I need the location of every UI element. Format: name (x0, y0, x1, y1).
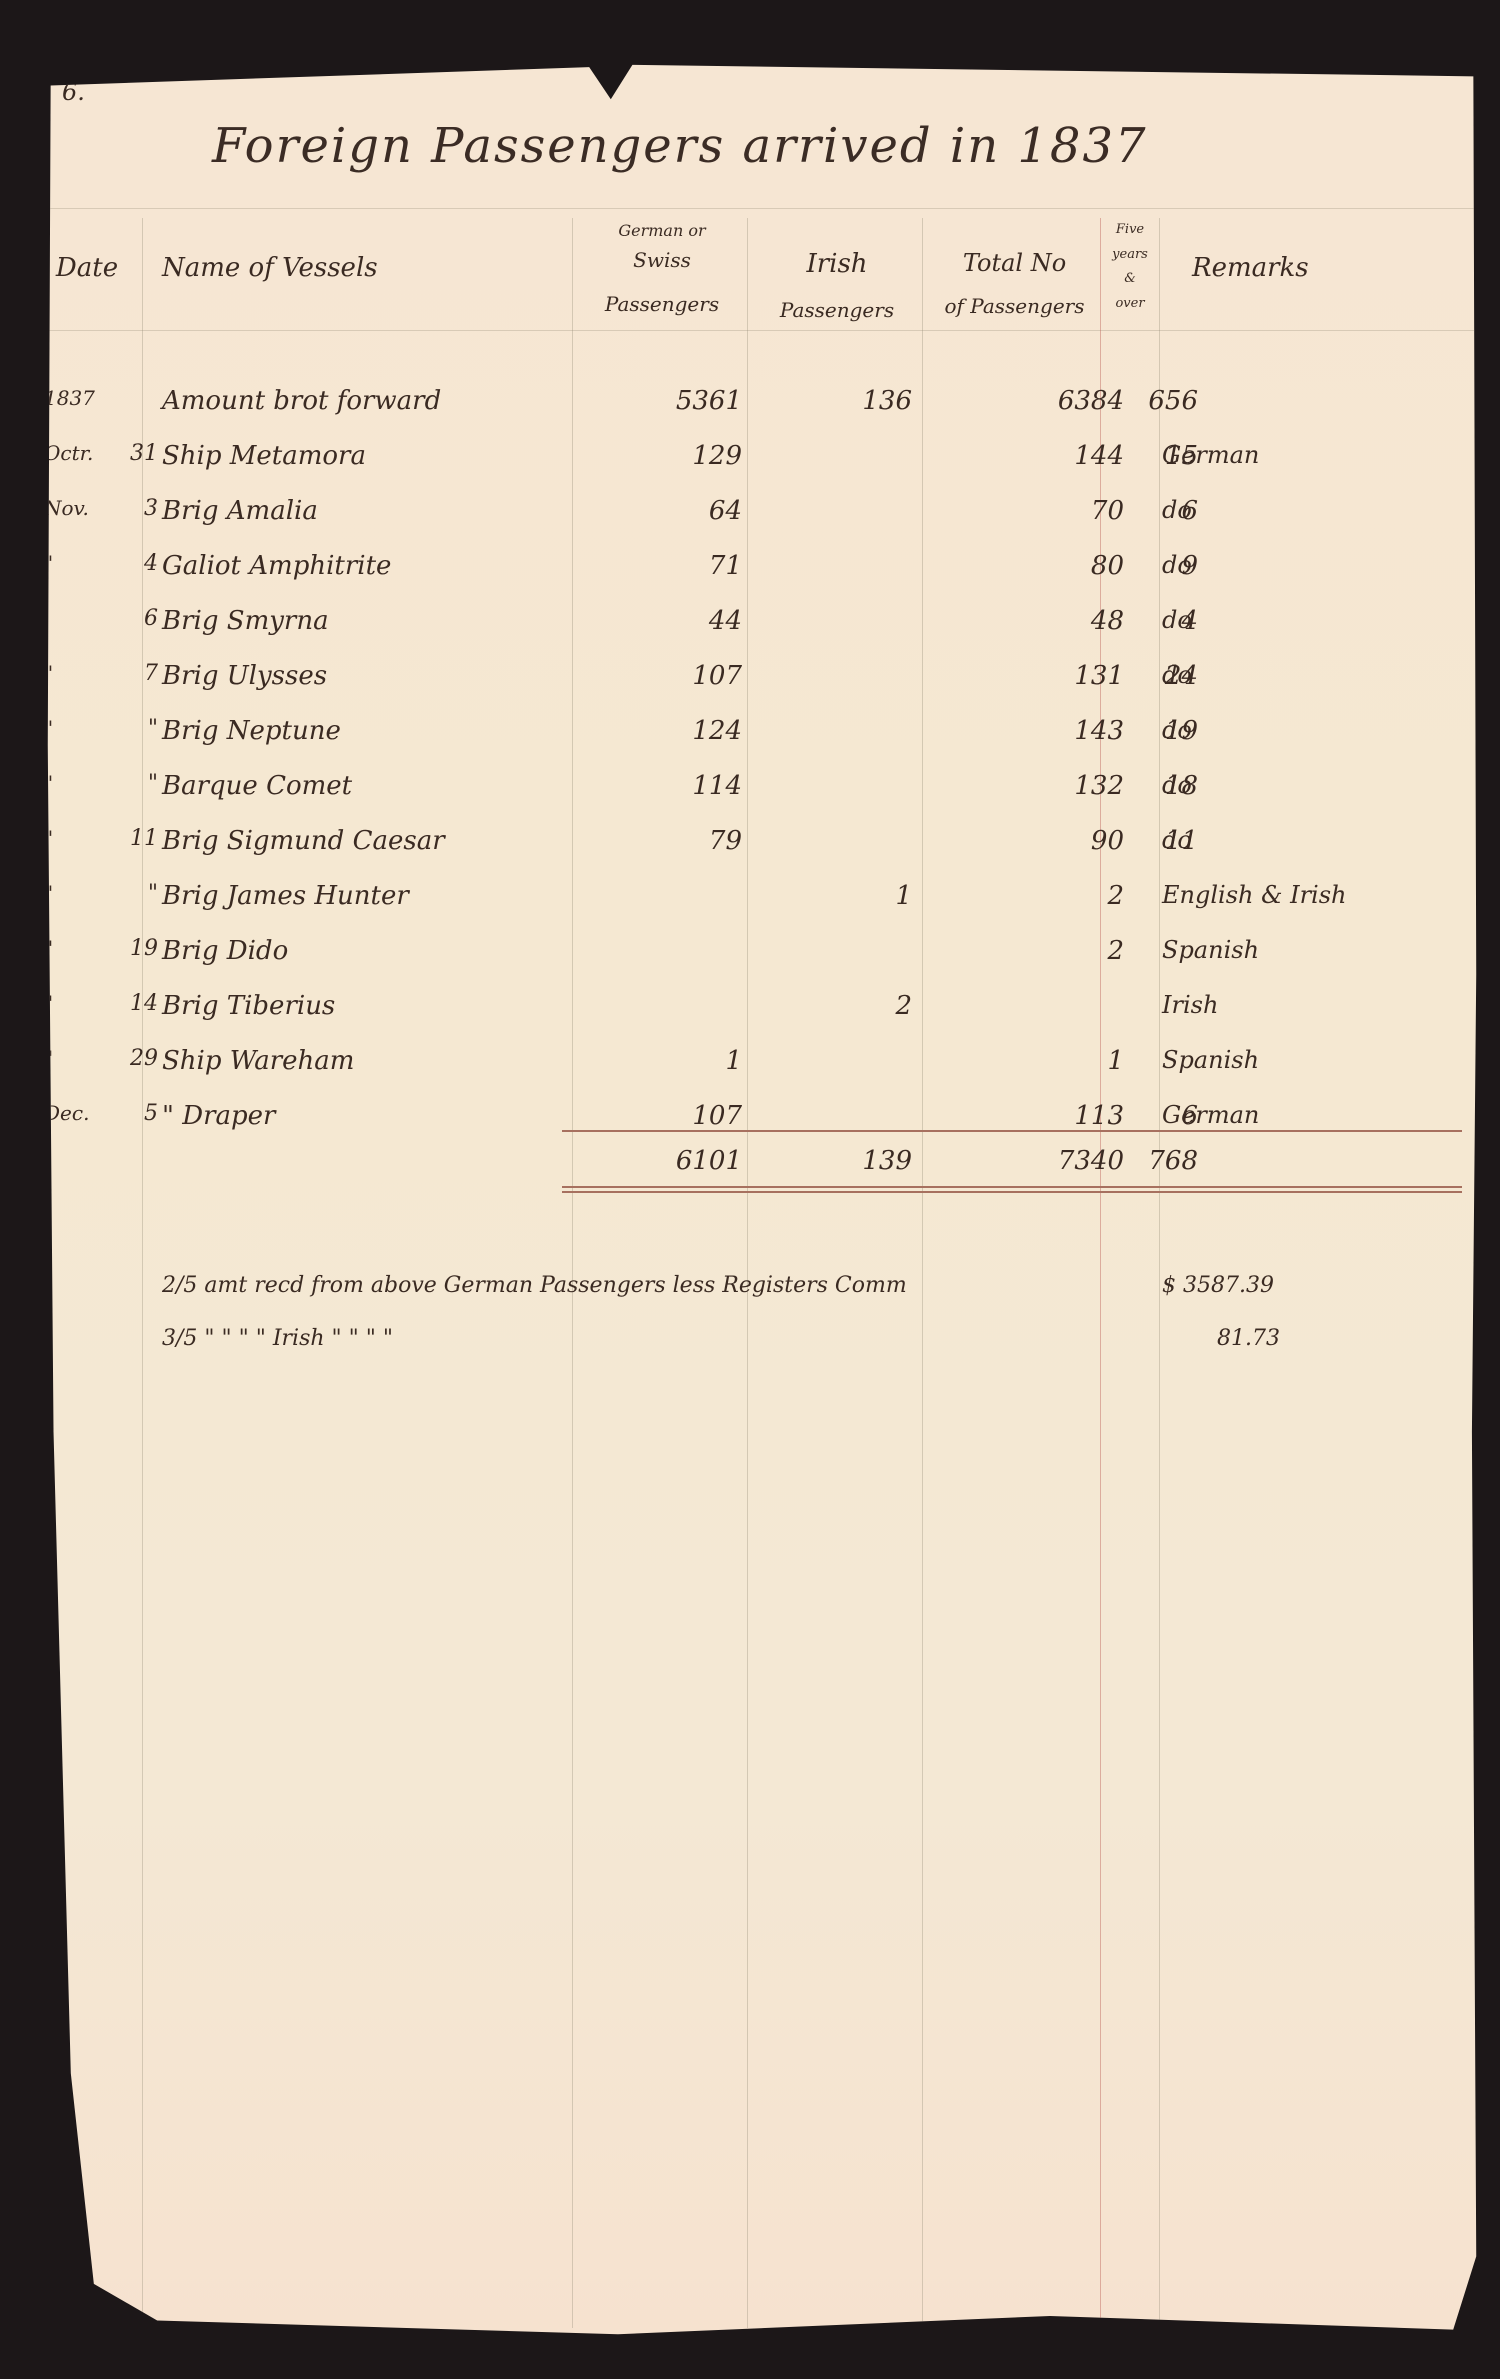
row-remark: do (1162, 716, 1192, 744)
table-row: Octr.31Ship Metamora12914415German (42, 435, 1482, 485)
row-vessel: Brig Dido (162, 936, 288, 966)
note-amount: 81.73 (1217, 1326, 1280, 1351)
row-total: 1 (942, 1046, 1124, 1076)
row-remark: do (1162, 496, 1192, 524)
row-day: 7 (118, 661, 158, 686)
row-remark: do (1162, 551, 1192, 579)
row-month: " (44, 661, 53, 685)
row-month: " (44, 771, 53, 795)
row-total: 143 (942, 716, 1124, 746)
row-german: 124 (582, 716, 742, 746)
row-remark: do (1162, 606, 1192, 634)
row-vessel: Brig Smyrna (162, 606, 329, 636)
table-row: 1837Amount brot forward53611366384656 (42, 380, 1482, 430)
row-vessel: Brig Ulysses (162, 661, 327, 691)
header-total-line: Total No (927, 244, 1102, 282)
row-total: 80 (942, 551, 1124, 581)
table-row: "14Brig Tiberius2Irish (42, 985, 1482, 1035)
row-month: Nov. (44, 496, 89, 520)
row-vessel: Brig James Hunter (162, 881, 409, 911)
header-remarks: Remarks (1192, 248, 1309, 290)
note-amount: $ 3587.39 (1162, 1273, 1274, 1298)
row-remark: English & Irish (1162, 881, 1347, 909)
row-remark: Irish (1162, 991, 1218, 1019)
table-row: "29Ship Wareham11Spanish (42, 1040, 1482, 1090)
row-total: 113 (942, 1101, 1124, 1131)
page-title: Foreign Passengers arrived in 1837 (212, 118, 1148, 174)
row-vessel: Amount brot forward (162, 386, 441, 416)
row-german: 107 (582, 661, 742, 691)
row-day: 3 (118, 496, 158, 521)
header-five-line: years (1102, 243, 1158, 268)
row-german: 107 (582, 1101, 742, 1131)
row-day: 11 (118, 826, 158, 851)
header-german-line: Swiss (582, 244, 742, 276)
header-vessel: Name of Vessels (162, 248, 378, 290)
row-day: 6 (118, 606, 158, 631)
row-vessel: Ship Wareham (162, 1046, 354, 1076)
row-month: " (44, 881, 53, 905)
row-german: 5361 (582, 386, 742, 416)
row-vessel: Ship Metamora (162, 441, 366, 471)
row-vessel: Galiot Amphitrite (162, 551, 391, 581)
total-german: 6101 (582, 1146, 742, 1176)
ledger-page: 6. Foreign Passengers arrived in 1837 Da… (42, 58, 1482, 2348)
row-day: 4 (118, 551, 158, 576)
note-line: 3/5 " " " " Irish " " " " (162, 1326, 393, 1351)
row-remark: German (1162, 1101, 1259, 1129)
row-vessel: Brig Sigmund Caesar (162, 826, 445, 856)
total-five: 768 (1132, 1146, 1198, 1176)
total-irish: 139 (762, 1146, 912, 1176)
table-row: "11Brig Sigmund Caesar799011do (42, 820, 1482, 870)
table-row: ""Brig Neptune12414319do (42, 710, 1482, 760)
row-remark: do (1162, 826, 1192, 854)
row-five-years: 656 (1132, 386, 1198, 416)
table-row: "7Brig Ulysses10713124do (42, 655, 1482, 705)
row-vessel: Brig Amalia (162, 496, 318, 526)
row-remark: Spanish (1162, 936, 1259, 964)
row-total: 132 (942, 771, 1124, 801)
row-german: 114 (582, 771, 742, 801)
row-german: 71 (582, 551, 742, 581)
row-month: " (44, 716, 53, 740)
row-german: 1 (582, 1046, 742, 1076)
header-date: Date (42, 248, 132, 290)
table-row: ""Barque Comet11413218do (42, 765, 1482, 815)
header-irish-line: Irish (752, 244, 922, 286)
table-row: "4Galiot Amphitrite71809do (42, 545, 1482, 595)
row-total: 90 (942, 826, 1124, 856)
row-day: 14 (118, 991, 158, 1016)
row-total: 2 (942, 936, 1124, 966)
row-month: " (44, 826, 53, 850)
row-month: Dec. (44, 1101, 89, 1125)
row-total: 48 (942, 606, 1124, 636)
row-total: 6384 (942, 386, 1124, 416)
table-row: Nov.3Brig Amalia64706do (42, 490, 1482, 540)
row-remark: do (1162, 771, 1192, 799)
header-irish-line: Passengers (752, 294, 922, 326)
table-row: ""Brig James Hunter12English & Irish (42, 875, 1482, 925)
row-vessel: " Draper (162, 1101, 275, 1131)
double-rule (562, 1186, 1462, 1188)
row-vessel: Brig Tiberius (162, 991, 335, 1021)
row-day: 31 (118, 441, 158, 466)
row-month: " (44, 1046, 53, 1070)
header-total-line: of Passengers (927, 290, 1102, 322)
row-german: 44 (582, 606, 742, 636)
row-month: Octr. (44, 441, 93, 465)
note-line: 2/5 amt recd from above German Passenger… (162, 1273, 907, 1298)
header-five-line: Five (1102, 218, 1158, 243)
row-total: 70 (942, 496, 1124, 526)
sum-rule (562, 1130, 1462, 1132)
row-day: 19 (118, 936, 158, 961)
header-german-line: German or (582, 218, 742, 244)
totals-row: 6101 139 7340 768 (42, 1140, 1482, 1190)
grid-line (42, 330, 1482, 331)
row-german: 64 (582, 496, 742, 526)
row-vessel: Barque Comet (162, 771, 352, 801)
row-remark: Spanish (1162, 1046, 1259, 1074)
grid-line (42, 208, 1482, 209)
row-irish: 1 (762, 881, 912, 911)
row-total: 144 (942, 441, 1124, 471)
row-day: 29 (118, 1046, 158, 1071)
header-german: German or Swiss Passengers (582, 218, 742, 320)
header-five-line: over (1102, 292, 1158, 317)
row-irish: 136 (762, 386, 912, 416)
row-day: " (118, 881, 158, 906)
table-row: 6Brig Smyrna44484do (42, 600, 1482, 650)
table-row: Dec.5" Draper1071136German (42, 1095, 1482, 1145)
row-month: " (44, 551, 53, 575)
row-day: " (118, 771, 158, 796)
header-total: Total No of Passengers (927, 244, 1102, 322)
row-total: 2 (942, 881, 1124, 911)
row-month: " (44, 991, 53, 1015)
header-five-line: & (1102, 267, 1158, 292)
row-remark: do (1162, 661, 1192, 689)
row-month: " (44, 936, 53, 960)
row-irish: 2 (762, 991, 912, 1021)
row-german: 79 (582, 826, 742, 856)
row-total: 131 (942, 661, 1124, 691)
row-vessel: Brig Neptune (162, 716, 341, 746)
row-remark: German (1162, 441, 1259, 469)
row-day: " (118, 716, 158, 741)
table-row: "19Brig Dido2Spanish (42, 930, 1482, 980)
total-all: 7340 (942, 1146, 1124, 1176)
header-five-years: Five years & over (1102, 218, 1158, 317)
page-number: 6. (62, 78, 85, 106)
header-german-line: Passengers (582, 288, 742, 320)
row-day: 5 (118, 1101, 158, 1126)
header-irish: Irish Passengers (752, 244, 922, 326)
row-month: 1837 (44, 386, 95, 410)
row-german: 129 (582, 441, 742, 471)
